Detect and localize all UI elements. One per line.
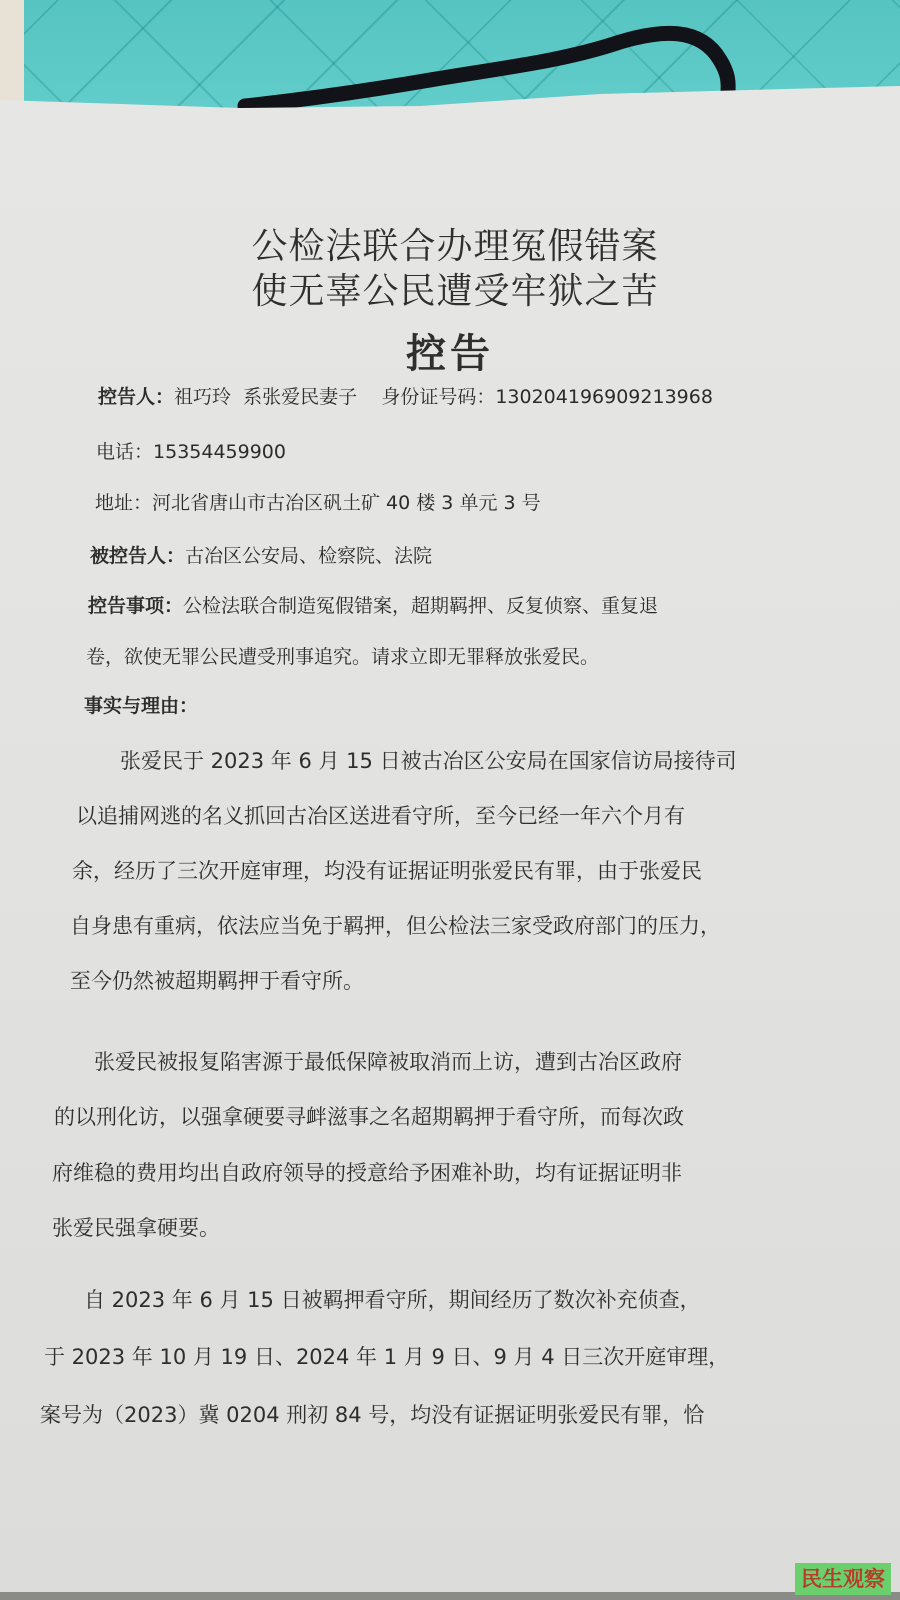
defendant-row: 被控告人：古冶区公安局、检察院、法院 (90, 541, 432, 568)
document-title-line1: 公检法联合办理冤假错案 (5, 218, 900, 269)
id-number: 130204196909213968 (495, 386, 713, 408)
paragraph2-line2: 的以刑化访，以强拿硬要寻衅滋事之名超期羁押于看守所，而每次政 (54, 1089, 684, 1145)
matters-line2: 卷，欲使无罪公民遭受刑事追究。请求立即无罪释放张爱民。 (86, 642, 599, 669)
address-row: 地址：河北省唐山市古冶区矾土矿 40 楼 3 单元 3 号 (95, 488, 541, 515)
matters-line1: 公检法联合制造冤假错案，超期羁押、反复侦察、重复退 (183, 595, 658, 617)
address-value: 河北省唐山市古冶区矾土矿 40 楼 3 单元 3 号 (152, 492, 541, 514)
facts-heading-text: 事实与理由： (84, 695, 198, 717)
watermark-badge: 民生观察 (795, 1563, 891, 1595)
paragraph2-line3: 府维稳的费用均出自政府领导的授意给予困难补助，均有证据证明非 (52, 1145, 682, 1201)
paragraph2-line1: 张爱民被报复陷害源于最低保障被取消而上访，遭到古冶区政府 (94, 1034, 682, 1090)
matters-row: 控告事项：公检法联合制造冤假错案，超期羁押、反复侦察、重复退 (88, 591, 658, 618)
paragraph3-line3: 案号为（2023）冀 0204 刑初 84 号，均没有证据证明张爱民有罪，恰 (40, 1387, 704, 1443)
matters-label: 控告事项： (88, 595, 183, 617)
paragraph1-line3: 余，经历了三次开庭审理，均没有证据证明张爱民有罪，由于张爱民 (72, 843, 702, 899)
paragraph1-line4: 自身患有重病，依法应当免于羁押，但公检法三家受政府部门的压力， (70, 898, 721, 954)
facts-heading: 事实与理由： (84, 691, 198, 718)
complainant-name: 祖巧玲 (174, 386, 231, 408)
phone-label: 电话： (96, 441, 153, 463)
bottom-shadow (0, 1592, 900, 1600)
paragraph1-line1: 张爱民于 2023 年 6 月 15 日被古冶区公安局在国家信访局接待司 (120, 733, 737, 789)
phone-row: 电话：15354459900 (96, 437, 286, 464)
paragraph2-line4: 张爱民强拿硬要。 (52, 1200, 220, 1256)
id-label: 身份证号码： (381, 386, 495, 408)
paragraph3-line1: 自 2023 年 6 月 15 日被羁押看守所，期间经历了数次补充侦查， (84, 1272, 701, 1328)
paragraph1-line5: 至今仍然被超期羁押于看守所。 (70, 953, 364, 1009)
paragraph3-line2: 于 2023 年 10 月 19 日、2024 年 1 月 9 日、9 月 4 … (44, 1329, 729, 1385)
phone-value: 15354459900 (153, 441, 286, 463)
complainant-relation: 系张爱民妻子 (243, 386, 357, 408)
document-title-main: 控告 (0, 322, 900, 379)
complainant-label: 控告人： (98, 386, 174, 408)
complaint-document: 公检法联合办理冤假错案 使无辜公民遭受牢狱之苦 控告 控告人：祖巧玲 系张爱民妻… (0, 0, 900, 1600)
defendant-label: 被控告人： (90, 545, 185, 567)
paragraph1-line2: 以追捕网逃的名义抓回古冶区送进看守所，至今已经一年六个月有 (76, 788, 685, 844)
complainant-row: 控告人：祖巧玲 系张爱民妻子 身份证号码：130204196909213968 (98, 382, 713, 409)
defendant-value: 古冶区公安局、检察院、法院 (185, 545, 432, 567)
document-title-line2: 使无辜公民遭受牢狱之苦 (5, 263, 900, 314)
address-label: 地址： (95, 492, 152, 514)
